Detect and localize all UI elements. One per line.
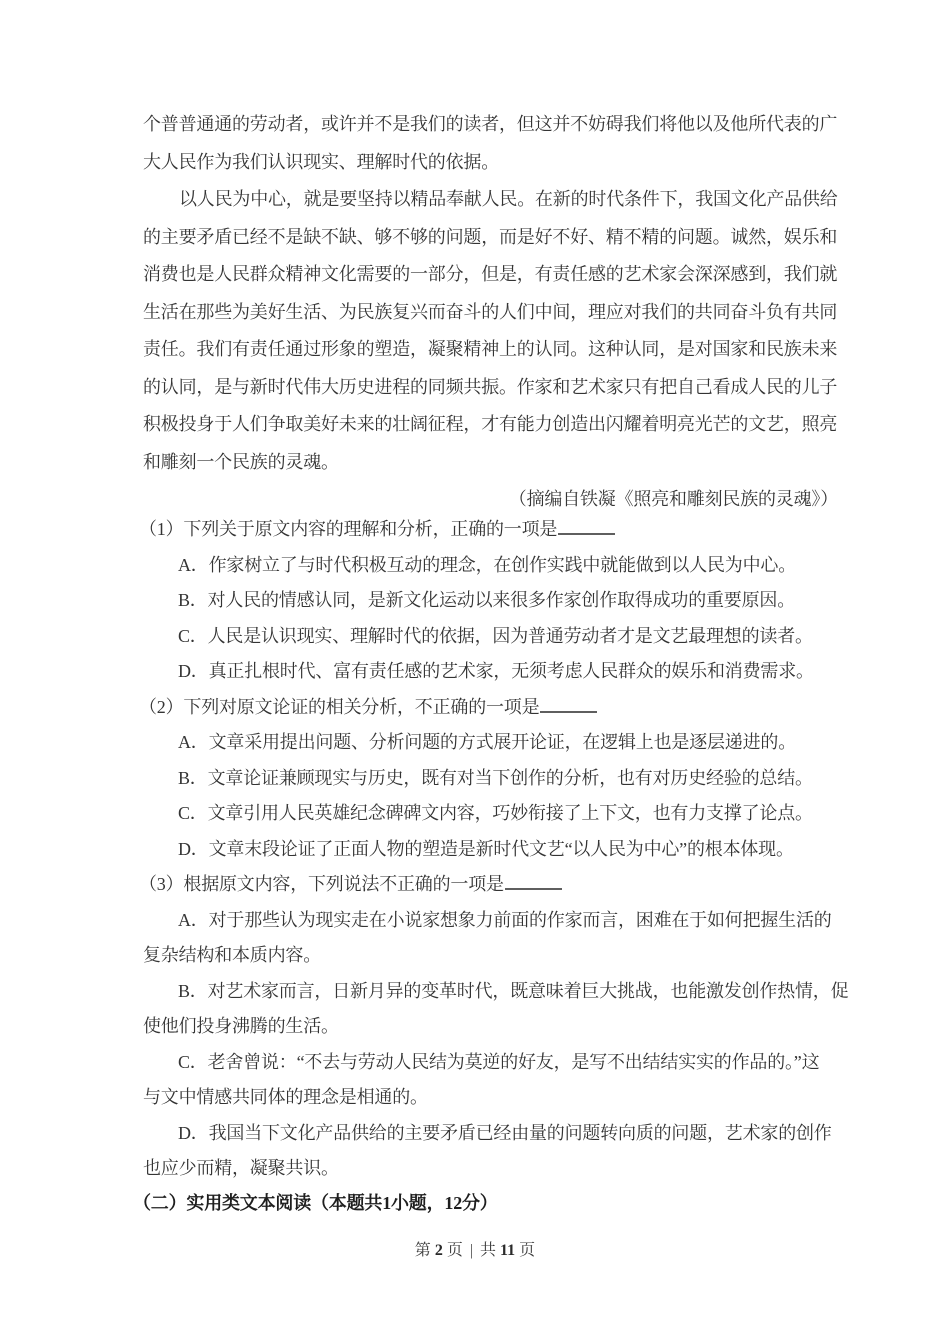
passage-line: 大人民作为我们认识现实、理解时代的依据。 — [143, 144, 838, 182]
option-line-continuation: 与文中情感共同体的理念是相通的。 — [143, 1080, 838, 1116]
passage-line: 生活在那些为美好生活、为民族复兴而奋斗的人们中间，理应对我们的共同奋斗负有共同 — [143, 294, 838, 332]
footer-page-prefix: 第 — [415, 1242, 431, 1259]
footer-page-indicator: 第 2 页 — [415, 1242, 463, 1259]
option-line: D．真正扎根时代、富有责任感的艺术家，无须考虑人民群众的娱乐和消费需求。 — [143, 654, 838, 690]
footer-total-prefix: 共 — [480, 1242, 496, 1259]
footer-total-pages: 11 — [500, 1242, 515, 1259]
answer-blank — [558, 520, 615, 535]
footer-current-page: 2 — [435, 1242, 443, 1259]
option-line: A．对于那些认为现实走在小说家想象力前面的作家而言，困难在于如何把握生活的 — [143, 903, 838, 939]
option-line: B．文章论证兼顾现实与历史，既有对当下创作的分析，也有对历史经验的总结。 — [143, 761, 838, 797]
question-stem-text: （1）下列关于原文内容的理解和分析，正确的一项是 — [139, 519, 557, 539]
question-stem: （2）下列对原文论证的相关分析，不正确的一项是 — [139, 690, 838, 726]
footer-total-indicator: 共 11 页 — [480, 1242, 535, 1259]
exam-page: 个普普通通的劳动者，或许并不是我们的读者，但这并不妨碍我们将他以及他所代表的广大… — [0, 0, 950, 1344]
section-heading: （二）实用类文本阅读（本题共1小题，12分） — [133, 1186, 498, 1222]
passage-line: 个普普通通的劳动者，或许并不是我们的读者，但这并不妨碍我们将他以及他所代表的广 — [143, 106, 838, 144]
passage-line: 的主要矛盾已经不是缺不缺、够不够的问题，而是好不好、精不精的问题。诚然，娱乐和 — [143, 219, 838, 257]
option-line: B．对艺术家而言，日新月异的变革时代，既意味着巨大挑战，也能激发创作热情，促 — [143, 974, 838, 1010]
question-stem-text: （2）下列对原文论证的相关分析，不正确的一项是 — [139, 697, 539, 717]
option-line: C．人民是认识现实、理解时代的依据，因为普通劳动者才是文艺最理想的读者。 — [143, 619, 838, 655]
passage-line: 以人民为中心，就是要坚持以精品奉献人民。在新的时代条件下，我国文化产品供给 — [143, 181, 838, 219]
footer-page-suffix: 页 — [447, 1242, 463, 1259]
passage-block: 个普普通通的劳动者，或许并不是我们的读者，但这并不妨碍我们将他以及他所代表的广大… — [143, 106, 838, 519]
footer-separator: | — [470, 1242, 473, 1259]
option-line-continuation: 复杂结构和本质内容。 — [143, 938, 838, 974]
question-stem-text: （3）根据原文内容，下列说法不正确的一项是 — [139, 874, 504, 894]
page-footer: 第 2 页|共 11 页 — [0, 1240, 950, 1262]
answer-blank — [505, 875, 562, 890]
passage-line: 和雕刻一个民族的灵魂。 — [143, 444, 838, 482]
option-line: A．作家树立了与时代积极互动的理念，在创作实践中就能做到以人民为中心。 — [143, 548, 838, 584]
option-line-continuation: 使他们投身沸腾的生活。 — [143, 1009, 838, 1045]
passage-line: 积极投身于人们争取美好未来的壮阔征程，才有能力创造出闪耀着明亮光芒的文艺，照亮 — [143, 406, 838, 444]
option-line: D．我国当下文化产品供给的主要矛盾已经由量的问题转向质的问题，艺术家的创作 — [143, 1116, 838, 1152]
questions-block: （1）下列关于原文内容的理解和分析，正确的一项是A．作家树立了与时代积极互动的理… — [143, 512, 838, 1187]
option-line: C．老舍曾说：“不去与劳动人民结为莫逆的好友，是写不出结结实实的作品的。”这 — [143, 1045, 838, 1081]
option-line: A．文章采用提出问题、分析问题的方式展开论证，在逻辑上也是逐层递进的。 — [143, 725, 838, 761]
question-stem: （1）下列关于原文内容的理解和分析，正确的一项是 — [139, 512, 838, 548]
passage-line: 责任。我们有责任通过形象的塑造，凝聚精神上的认同。这种认同，是对国家和民族未来 — [143, 331, 838, 369]
passage-line: 消费也是人民群众精神文化需要的一部分，但是，有责任感的艺术家会深深感到，我们就 — [143, 256, 838, 294]
option-line: D．文章末段论证了正面人物的塑造是新时代文艺“以人民为中心”的根本体现。 — [143, 832, 838, 868]
footer-total-suffix: 页 — [519, 1242, 535, 1259]
option-line-continuation: 也应少而精，凝聚共识。 — [143, 1151, 838, 1187]
passage-line: 的认同，是与新时代伟大历史进程的同频共振。作家和艺术家只有把自己看成人民的儿子 — [143, 369, 838, 407]
option-line: B．对人民的情感认同，是新文化运动以来很多作家创作取得成功的重要原因。 — [143, 583, 838, 619]
answer-blank — [540, 698, 597, 713]
question-stem: （3）根据原文内容，下列说法不正确的一项是 — [139, 867, 838, 903]
option-line: C．文章引用人民英雄纪念碑碑文内容，巧妙衔接了上下文，也有力支撑了论点。 — [143, 796, 838, 832]
